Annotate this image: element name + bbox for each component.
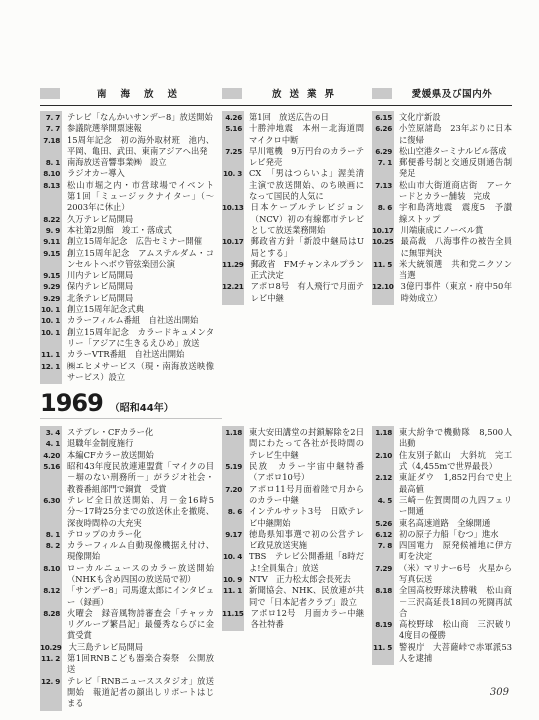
entry-date: 9.29 [40,281,62,292]
entry-date: 12.10 [372,281,396,292]
chronology-entry: 7. 8 四国電力 原発候補地に伊方町を決定 [372,540,512,563]
entry-text: 参議院選挙開票速報 [62,123,214,134]
entry-text: 宇和島湾地震 震度5 予讃線ストップ [394,202,512,225]
chronology-entry: 6.12 初の原子力船「むつ」進水 [372,529,512,540]
entry-date: 10. 1 [40,327,62,338]
entry-text: 川内テレビ局開局 [62,270,214,281]
column-header-nankai: 南海放送 [40,86,214,100]
chronology-entry: 8.28 火曜会 録音風物詩審査会「チャッカリグループ繁昌記」最優秀ならびに金賞… [40,608,214,642]
entry-text: 郵政省方針「新設中継局はU局とする」 [246,236,364,259]
chronology-entry: 4.20 本編CFカラー放送開始 [40,450,214,461]
column-nankai-1968: 7. 7 テレビ「なんかいサンデー8」放送開始 7. 7 参議院選挙開票速報 7… [40,112,214,383]
entry-date: 9.11 [40,236,62,247]
entry-text: 小笠原諸島 23年ぶりに日本に復帰 [394,123,512,146]
entry-date: 3. 4 [40,427,62,438]
entry-date: 8.18 [372,585,394,596]
entry-text: 徳島県知事選で初の公営テレビ政見放送実施 [244,529,364,552]
entry-text: 創立15周年記念 広告セミナー開催 [62,236,214,247]
entry-text: 新聞協会、NHK、民放連が共同で「日本記者クラブ」設立 [244,585,364,608]
chronology-entry: 2.10 住友別子鉱山 大斜坑 完工式（4,455mで世界最長） [372,450,512,473]
entry-date: 1.18 [372,427,394,438]
entry-text: テロップのカラー化 [62,529,214,540]
entry-text: 久万テレビ局開局 [62,214,214,225]
entry-date: 8.10 [40,563,62,574]
entry-date: 1.18 [222,427,244,438]
entry-text: アポロ8号 有人飛行で月面テレビ中継 [246,281,364,304]
entry-text: ㈱エヒメサービス（現・南海放送映像サービス）設立 [62,361,214,384]
entry-date: 2.10 [372,450,394,461]
entry-date: 7. 8 [372,540,394,551]
entry-text: テレビ「RNBニューススタジオ」放送開始 報道記者の顔出しリポートはじまる [62,676,214,710]
entry-date: 4.20 [40,450,62,461]
entry-text: テレビ「なんかいサンデー8」放送開始 [62,112,214,123]
entry-text: TBS テレビ公開番組「8時だよ!全員集合」放送 [244,551,364,574]
entry-text: カラーVTR番組 自社送出開始 [62,349,214,360]
chronology-entry: 8.13 松山市堀之内・市営球場でイベント 第1回「ミュージックナイター」（〜2… [40,180,214,214]
entry-text: 15周年記念 初の海外取材班 池内、平岡、亀田、武田、東南アジアへ出発 [62,135,214,158]
entry-date: 11. 5 [372,642,394,653]
entry-date: 12.21 [222,281,246,292]
chronology-entry: 10. 4 TBS テレビ公開番組「8時だよ!全員集合」放送 [222,551,364,574]
column-title-ehime-domestic: 愛媛県及び国内外 [392,86,512,100]
entry-date: 7.13 [372,180,394,191]
entry-text: 3億円事件（東京・府中50年時効成立） [396,281,512,304]
entry-date: 12. 9 [40,676,62,687]
column-title-nankai-hoso: 南海放送 [60,86,228,100]
chronology-entry: 9.15 創立15周年記念 アムステルダム・コンセルトヘボウ管弦楽団公演 [40,248,214,271]
chronology-entry: 10.17 郵政省方針「新設中継局はU局とする」 [222,236,364,259]
entry-date: 7.25 [222,146,244,157]
chronology-page: 南海放送 放送業界 愛媛県及び国内外 7. 7 テレビ「なんかいサンデー8」放送… [0,0,539,720]
entry-text: 本社第2別館 竣工・落成式 [62,225,214,236]
chronology-entry: 5.16 十勝沖地震 本州－北海道間 マイクロ中断 [222,123,364,146]
entry-date: 7.18 [40,135,62,146]
chronology-entry: 7. 1 郵便番号制と交通反則通告制 発足 [372,157,512,180]
entry-date: 8. 6 [372,202,394,213]
entry-date: 6.12 [372,529,394,540]
entry-date: 5.19 [222,461,244,472]
entry-text: 東証ダウ 1,852円台で史上最高値 [394,472,512,495]
page-number: 309 [490,687,509,698]
entry-date: 8. 1 [40,529,62,540]
entry-text: 米大統領選 共和党ニクソン当選 [394,259,512,282]
entry-text: 郵便番号制と交通反則通告制 発足 [394,157,512,180]
entry-date: 9.15 [40,270,62,281]
entry-date: 10. 1 [40,315,62,326]
entry-text: 退職年金制度施行 [62,438,214,449]
chronology-entry: 10.13 日本ケーブルテレビジョン（NCV）初の有線都市テレビとして放送業務開… [222,202,364,236]
entry-text: 第1回RNBこども器楽合奏祭 公開放送 [62,653,214,676]
entry-date: 2.12 [372,472,394,483]
entry-date: 6.15 [372,112,394,123]
entry-text: 初の原子力船「むつ」進水 [394,529,512,540]
entry-date: 11. 1 [222,585,244,596]
column-ehime-1968: 6.15 文化庁新設 6.26 小笠原諸島 23年ぶりに日本に復帰 6.29 松… [372,112,512,304]
entry-text: 東大安田講堂の封鎖解除を2日間にわたって各社が長時間のテレビ生中継 [244,427,364,461]
chronology-entry: 11. 2 第1回RNBこども器楽合奏祭 公開放送 [40,653,214,676]
column-headers: 南海放送 放送業界 愛媛県及び国内外 [40,86,512,106]
chronology-entry: 6.29 松山空港ターミナルビル落成 [372,146,512,157]
entry-text: 三崎－佐賀関間の九四フェリー開通 [394,495,512,518]
entry-text: 松山空港ターミナルビル落成 [394,146,512,157]
date-column-header-box [222,88,242,99]
entry-date: 10.17 [222,236,246,247]
column-nankai-1969: 3. 4 ステブレ・CFカラー化 4. 1 退職年金制度施行 4.20 本編CF… [40,427,214,709]
entry-date: 9.29 [40,293,62,304]
entry-date: 5.16 [222,123,244,134]
chronology-entry: 7.18 15周年記念 初の海外取材班 池内、平岡、亀田、武田、東南アジアへ出発 [40,135,214,158]
column-industry-1969: 1.18 東大安田講堂の封鎖解除を2日間にわたって各社が長時間のテレビ生中継 5… [222,427,364,630]
chronology-entry: 1.18 東大安田講堂の封鎖解除を2日間にわたって各社が長時間のテレビ生中継 [222,427,364,461]
entry-date: 8.19 [372,619,394,630]
chronology-entry: 11. 5 警視庁 大菩薩峠で赤軍派53人を逮捕 [372,642,512,665]
entry-date: 6.30 [40,495,62,506]
chronology-entry: 11. 1 カラーVTR番組 自社送出開始 [40,349,214,360]
entry-date: 4. 5 [372,495,394,506]
chronology-entry: 8. 6 インテルサット3号 日欧テレビ中継開始 [222,506,364,529]
entry-text: 住友別子鉱山 大斜坑 完工式（4,455mで世界最長） [394,450,512,473]
chronology-entry: 9.29 保内テレビ局開局 [40,281,214,292]
date-column-header-box [372,88,392,99]
entry-date: 4.26 [222,112,244,123]
entry-date: 7.20 [222,484,244,495]
entry-date: 10. 9 [222,574,244,585]
chronology-entry: 8. 1 南海放送音響事業㈱ 設立 [40,157,214,168]
chronology-entry: 7.29 （米）マリナー6号 火星から写真伝送 [372,563,512,586]
entry-text: ローカルニュースのカラー放送開始（NHKも含め四国の放送局で初） [62,563,214,586]
entry-text: 高校野球 松山商 三沢破り4度目の優勝 [394,619,512,642]
year-number: 1969 [40,391,103,415]
entry-date: 10.13 [222,202,246,213]
entry-text: 全国高校野球決勝戦 松山商－三沢高延長18回の死闘再試合 [394,585,512,619]
chronology-entry: 4.26 第1回 放送広告の日 [222,112,364,123]
chronology-entry: 2.12 東証ダウ 1,852円台で史上最高値 [372,472,512,495]
chronology-entry: 4. 5 三崎－佐賀関間の九四フェリー開通 [372,495,512,518]
entry-date: 8.10 [40,168,62,179]
entry-text: 昭和43年度民放連連盟賞「マイクの目－塀のない刑務所－」がラジオ社会・教養番組部… [62,461,214,495]
chronology-entry: 8.22 久万テレビ局開局 [40,214,214,225]
year-header-1969: 1969 （昭和44年） [40,391,222,419]
entry-text: 警視庁 大菩薩峠で赤軍派53人を逮捕 [394,642,512,665]
entry-date: 11. 5 [372,259,394,270]
chronology-entry: 8. 6 宇和島湾地震 震度5 予讃線ストップ [372,202,512,225]
entry-date: 10. 3 [222,168,244,179]
entry-text: 創立15周年記念 アムステルダム・コンセルトヘボウ管弦楽団公演 [62,248,214,271]
chronology-entry: 10. 1 創立15周年記念式典 [40,304,214,315]
entry-date: 9.15 [40,248,62,259]
entry-date: 11.15 [222,608,246,619]
chronology-entry: 10.17 川端康成にノーベル賞 [372,225,512,236]
entry-text: 保内テレビ局開局 [62,281,214,292]
entry-text: ラジオカー導入 [62,168,214,179]
chronology-entry: 9.11 創立15周年記念 広告セミナー開催 [40,236,214,247]
entry-date: 10. 4 [222,551,244,562]
entry-text: 「サンデー8」司馬遼太郎にインタビュー（録画） [62,585,214,608]
entry-date: 7. 7 [40,123,62,134]
entry-date: 6.26 [372,123,394,134]
entry-date: 10.29 [40,642,64,653]
chronology-entry: 5.26 東名高速道路 全線開通 [372,518,512,529]
chronology-entry: 12. 1 ㈱エヒメサービス（現・南海放送映像サービス）設立 [40,361,214,384]
chronology-entry: 5.16 昭和43年度民放連連盟賞「マイクの目－塀のない刑務所－」がラジオ社会・… [40,461,214,495]
entry-text: CX 「男はつらいよ」渥美清主演で放送開始、のち映画になって国民的人気に [244,168,364,202]
entry-text: 川端康成にノーベル賞 [396,225,512,236]
entry-date: 9.17 [222,529,244,540]
entry-date: 10. 1 [40,304,62,315]
chronology-entry: 6.26 小笠原諸島 23年ぶりに日本に復帰 [372,123,512,146]
column-header-ehime: 愛媛県及び国内外 [372,86,512,100]
entry-text: カラーフィルム自動現像機据え付け、現像開始 [62,540,214,563]
chronology-entry: 10.29 大三島テレビ局開局 [40,642,214,653]
chronology-entry: 7. 7 テレビ「なんかいサンデー8」放送開始 [40,112,214,123]
entry-text: テレビ全日放送開始、月－金16時5分〜17時25分までの放送休止を撤廃、深夜時間… [62,495,214,529]
entry-text: 南海放送音響事業㈱ 設立 [62,157,214,168]
chronology-entry: 11. 5 米大統領選 共和党ニクソン当選 [372,259,512,282]
entry-date: 5.26 [372,518,394,529]
chronology-entry: 10. 1 創立15周年記念 カラードキュメンタリー「アジアに生きるえひめ」放送 [40,327,214,350]
entry-date: 11. 2 [40,653,62,664]
column-header-industry: 放送業界 [222,86,364,100]
column-industry-1968: 4.26 第1回 放送広告の日 5.16 十勝沖地震 本州－北海道間 マイクロ中… [222,112,364,304]
entry-date: 11. 1 [40,349,62,360]
entry-date: 10.17 [372,225,396,236]
entry-date: 12. 1 [40,361,62,372]
chronology-entry: 1.18 東大紛争で機動隊 8,500人出動 [372,427,512,450]
entry-text: NTV 正力松太郎会長死去 [244,574,364,585]
chronology-entry: 8.19 高校野球 松山商 三沢破り4度目の優勝 [372,619,512,642]
chronology-entry: 6.15 文化庁新設 [372,112,512,123]
entry-date: 8.28 [40,608,62,619]
entry-text: 大三島テレビ局開局 [64,642,214,653]
chronology-entry: 9.17 徳島県知事選で初の公営テレビ政見放送実施 [222,529,364,552]
chronology-entry: 11. 1 新聞協会、NHK、民放連が共同で「日本記者クラブ」設立 [222,585,364,608]
chronology-entry: 8. 1 テロップのカラー化 [40,529,214,540]
chronology-entry: 7.25 早川電機 9万円台のカラーテレビ発売 [222,146,364,169]
chronology-entry: 5.19 民放 カラー宇宙中継特番（アポロ10号） [222,461,364,484]
chronology-entry: 11.15 アポロ12号 月面カラー中継 各社特番 [222,608,364,631]
entry-text: 第1回 放送広告の日 [244,112,364,123]
chronology-entry: 8.12 「サンデー8」司馬遼太郎にインタビュー（録画） [40,585,214,608]
entry-date: 8. 6 [222,506,244,517]
column-ehime-1969: 1.18 東大紛争で機動隊 8,500人出動 2.10 住友別子鉱山 大斜坑 完… [372,427,512,664]
entry-text: 北条テレビ局開局 [62,293,214,304]
entry-date: 11.29 [222,259,246,270]
entry-date: 7. 7 [40,112,62,123]
chronology-entry: 4. 1 退職年金制度施行 [40,438,214,449]
chronology-entry: 3. 4 ステブレ・CFカラー化 [40,427,214,438]
entry-date: 9. 9 [40,225,62,236]
entry-text: ステブレ・CFカラー化 [62,427,214,438]
chronology-entry: 9. 9 本社第2別館 竣工・落成式 [40,225,214,236]
chronology-entry: 12.10 3億円事件（東京・府中50年時効成立） [372,281,512,304]
section-1968: 7. 7 テレビ「なんかいサンデー8」放送開始 7. 7 参議院選挙開票速報 7… [40,106,512,383]
entry-text: アポロ11号月面着陸で月からのカラー中継 [244,484,364,507]
chronology-entry: 6.30 テレビ全日放送開始、月－金16時5分〜17時25分までの放送休止を撤廃… [40,495,214,529]
entry-text: 松山市堀之内・市営球場でイベント 第1回「ミュージックナイター」（〜2003年に… [62,180,214,214]
entry-text: 郵政省 FMチャンネルプラン正式決定 [246,259,364,282]
chronology-entry: 9.29 北条テレビ局開局 [40,293,214,304]
chronology-entry: 7.13 松山市大街道商店街 アーケードとカラー舗装 完成 [372,180,512,203]
entry-text: 最高裁 八海事件の被告全員に無罪判決 [396,236,512,259]
entry-text: 文化庁新設 [394,112,512,123]
entry-date: 7.29 [372,563,394,574]
entry-text: 日本ケーブルテレビジョン（NCV）初の有線都市テレビとして放送業務開始 [246,202,364,236]
column-title-hoso-gyokai: 放送業界 [242,86,372,100]
entry-text: 四国電力 原発候補地に伊方町を決定 [394,540,512,563]
chronology-entry: 10.25 最高裁 八海事件の被告全員に無罪判決 [372,236,512,259]
entry-text: インテルサット3号 日欧テレビ中継開始 [244,506,364,529]
chronology-entry: 8.10 ラジオカー導入 [40,168,214,179]
chronology-entry: 7. 7 参議院選挙開票速報 [40,123,214,134]
entry-text: 東名高速道路 全線開通 [394,518,512,529]
entry-text: 十勝沖地震 本州－北海道間 マイクロ中断 [244,123,364,146]
chronology-entry: 7.20 アポロ11号月面着陸で月からのカラー中継 [222,484,364,507]
entry-text: 東大紛争で機動隊 8,500人出動 [394,427,512,450]
chronology-entry: 11.29 郵政省 FMチャンネルプラン正式決定 [222,259,364,282]
entry-text: アポロ12号 月面カラー中継 各社特番 [246,608,364,631]
chronology-entry: 8.10 ローカルニュースのカラー放送開始（NHKも含め四国の放送局で初） [40,563,214,586]
entry-date: 8. 1 [40,157,62,168]
entry-text: 創立15周年記念式典 [62,304,214,315]
chronology-entry: 8.18 全国高校野球決勝戦 松山商－三沢高延長18回の死闘再試合 [372,585,512,619]
entry-text: カラーフィルム番組 自社送出開始 [62,315,214,326]
entry-date: 8.22 [40,214,62,225]
year-era-label: （昭和44年） [110,399,174,414]
entry-date: 8. 2 [40,540,62,551]
entry-text: 松山市大街道商店街 アーケードとカラー舗装 完成 [394,180,512,203]
entry-text: 創立15周年記念 カラードキュメンタリー「アジアに生きるえひめ」放送 [62,327,214,350]
entry-date: 6.29 [372,146,394,157]
entry-date: 7. 1 [372,157,394,168]
chronology-entry: 10. 9 NTV 正力松太郎会長死去 [222,574,364,585]
entry-date: 10.25 [372,236,396,247]
chronology-entry: 9.15 川内テレビ局開局 [40,270,214,281]
entry-date: 8.13 [40,180,62,191]
entry-text: 火曜会 録音風物詩審査会「チャッカリグループ繁昌記」最優秀ならびに金賞受賞 [62,608,214,642]
chronology-entry: 8. 2 カラーフィルム自動現像機据え付け、現像開始 [40,540,214,563]
entry-date: 5.16 [40,461,62,472]
chronology-entry: 10. 1 カラーフィルム番組 自社送出開始 [40,315,214,326]
entry-text: （米）マリナー6号 火星から写真伝送 [394,563,512,586]
entry-date: 4. 1 [40,438,62,449]
entry-text: 民放 カラー宇宙中継特番（アポロ10号） [244,461,364,484]
entry-text: 本編CFカラー放送開始 [62,450,214,461]
entry-text: 早川電機 9万円台のカラーテレビ発売 [244,146,364,169]
entry-date: 8.12 [40,585,62,596]
chronology-entry: 10. 3 CX 「男はつらいよ」渥美清主演で放送開始、のち映画になって国民的人… [222,168,364,202]
chronology-entry: 12.21 アポロ8号 有人飛行で月面テレビ中継 [222,281,364,304]
date-column-header-box [40,88,60,99]
chronology-entry: 12. 9 テレビ「RNBニューススタジオ」放送開始 報道記者の顔出しリポートは… [40,676,214,710]
section-1969: 3. 4 ステブレ・CFカラー化 4. 1 退職年金制度施行 4.20 本編CF… [40,421,512,709]
